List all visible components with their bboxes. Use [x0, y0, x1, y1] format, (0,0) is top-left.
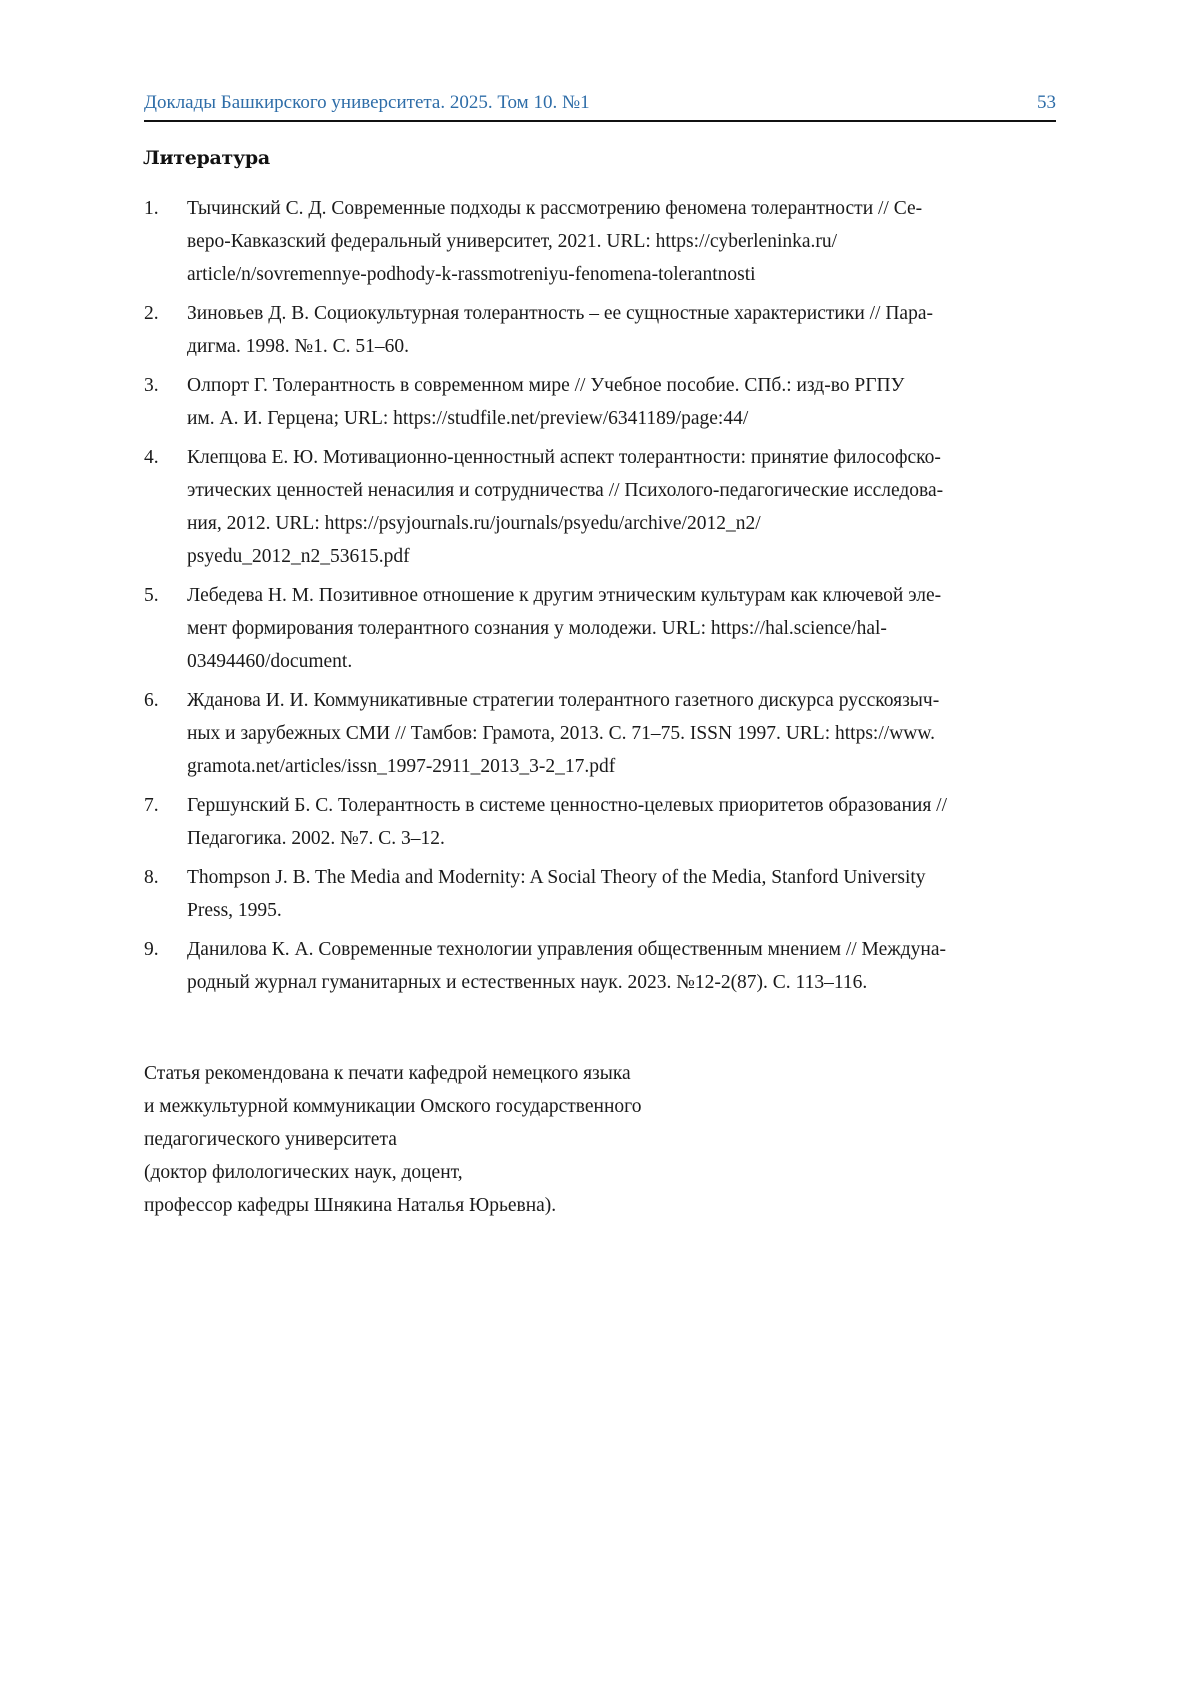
recommendation-line: (доктор филологических наук, доцент,	[144, 1156, 641, 1189]
reference-line: дигма. 1998. №1. С. 51–60.	[187, 330, 1064, 363]
reference-item: 2. Зиновьев Д. В. Социокультурная толера…	[144, 297, 1064, 363]
reference-link[interactable]: article/n/sovremennye-podhody-k-rassmotr…	[187, 258, 1064, 291]
reference-link[interactable]: 03494460/document.	[187, 645, 1064, 678]
reference-line: Клепцова Е. Ю. Мотивационно-ценностный а…	[187, 441, 1064, 474]
reference-list: 1. Тычинский С. Д. Современные подходы к…	[144, 192, 1064, 1005]
reference-number: 8.	[144, 861, 159, 894]
reference-line: Thompson J. B. The Media and Modernity: …	[187, 861, 1064, 894]
reference-number: 3.	[144, 369, 159, 402]
recommendation-line: педагогического университета	[144, 1123, 641, 1156]
reference-number: 1.	[144, 192, 159, 225]
reference-item: 9. Данилова К. А. Современные технологии…	[144, 933, 1064, 999]
recommendation-note: Статья рекомендована к печати кафедрой н…	[144, 1057, 641, 1222]
section-title: Литература	[143, 147, 270, 169]
reference-link[interactable]: psyedu_2012_n2_53615.pdf	[187, 540, 1064, 573]
reference-item: 5. Лебедева Н. М. Позитивное отношение к…	[144, 579, 1064, 678]
recommendation-line: профессор кафедры Шнякина Наталья Юрьевн…	[144, 1189, 641, 1222]
reference-number: 2.	[144, 297, 159, 330]
reference-line: этических ценностей ненасилия и сотрудни…	[187, 474, 1064, 507]
reference-link[interactable]: мент формирования толерантного сознания …	[187, 612, 1064, 645]
reference-line: Тычинский С. Д. Современные подходы к ра…	[187, 192, 1064, 225]
reference-number: 5.	[144, 579, 159, 612]
reference-number: 6.	[144, 684, 159, 717]
reference-item: 4. Клепцова Е. Ю. Мотивационно-ценностны…	[144, 441, 1064, 573]
reference-line: Педагогика. 2002. №7. С. 3–12.	[187, 822, 1064, 855]
reference-line: Press, 1995.	[187, 894, 1064, 927]
reference-number: 4.	[144, 441, 159, 474]
reference-link[interactable]: ных и зарубежных СМИ // Тамбов: Грамота,…	[187, 717, 1064, 750]
reference-item: 8. Thompson J. B. The Media and Modernit…	[144, 861, 1064, 927]
reference-item: 3. Олпорт Г. Толерантность в современном…	[144, 369, 1064, 435]
reference-line: Данилова К. А. Современные технологии уп…	[187, 933, 1064, 966]
reference-link[interactable]: им. А. И. Герцена; URL: https://studfile…	[187, 402, 1064, 435]
reference-line: родный журнал гуманитарных и естественны…	[187, 966, 1064, 999]
reference-item: 7. Гершунский Б. С. Толерантность в сист…	[144, 789, 1064, 855]
reference-line[interactable]: веро-Кавказский федеральный университет,…	[187, 225, 1064, 258]
reference-number: 7.	[144, 789, 159, 822]
reference-line: Зиновьев Д. В. Социокультурная толерантн…	[187, 297, 1064, 330]
reference-line: Гершунский Б. С. Толерантность в системе…	[187, 789, 1064, 822]
journal-title: Доклады Башкирского университета. 2025. …	[144, 92, 590, 114]
reference-link[interactable]: ния, 2012. URL: https://psyjournals.ru/j…	[187, 507, 1064, 540]
running-header: Доклады Башкирского университета. 2025. …	[144, 92, 1056, 122]
page-number: 53	[1037, 92, 1056, 114]
reference-item: 6. Жданова И. И. Коммуникативные стратег…	[144, 684, 1064, 783]
reference-link[interactable]: gramota.net/articles/issn_1997-2911_2013…	[187, 750, 1064, 783]
reference-line: Олпорт Г. Толерантность в современном ми…	[187, 369, 1064, 402]
recommendation-line: Статья рекомендована к печати кафедрой н…	[144, 1057, 641, 1090]
reference-line: Лебедева Н. М. Позитивное отношение к др…	[187, 579, 1064, 612]
reference-line: Жданова И. И. Коммуникативные стратегии …	[187, 684, 1064, 717]
reference-number: 9.	[144, 933, 159, 966]
reference-item: 1. Тычинский С. Д. Современные подходы к…	[144, 192, 1064, 291]
recommendation-line: и межкультурной коммуникации Омского гос…	[144, 1090, 641, 1123]
